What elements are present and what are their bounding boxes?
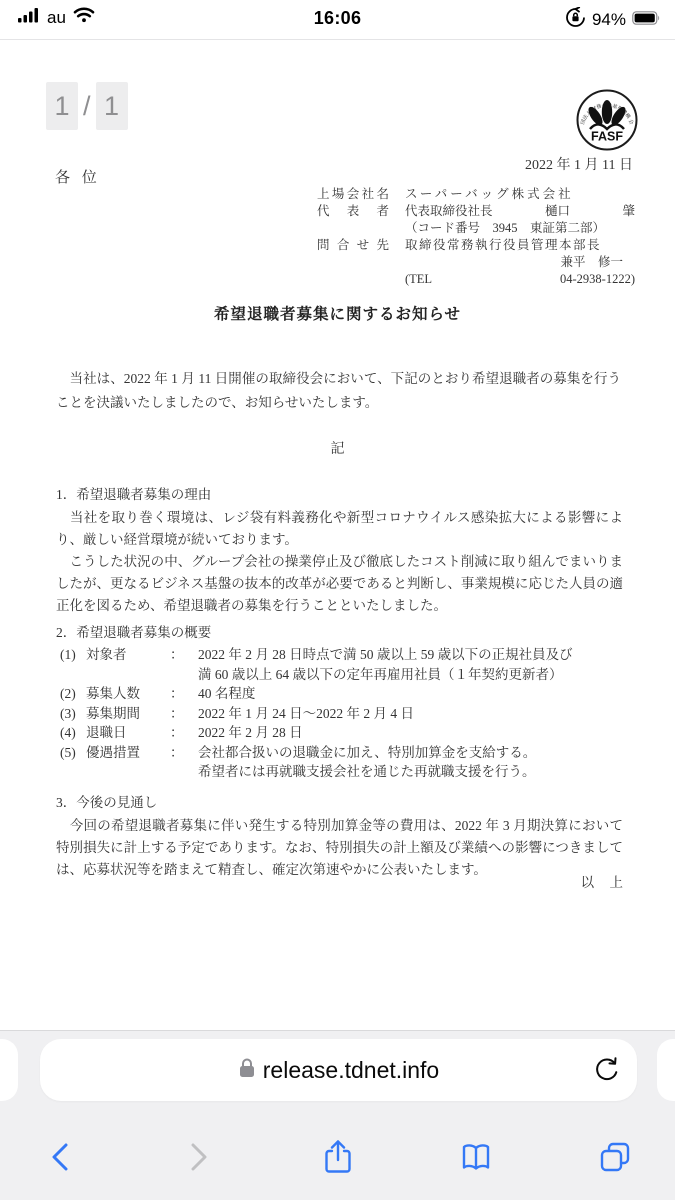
item-label: 募集期間	[86, 704, 170, 724]
listed-company-label: 上場会社名	[317, 186, 389, 203]
browser-chrome: release.tdnet.info	[0, 1030, 675, 1200]
contact-name: 兼平 修一	[405, 254, 635, 271]
item-value: 会社都合扱いの退職金に加え、特別加算金を支給する。	[198, 743, 623, 763]
contact-row: 問合せ先 取締役常務執行役員管理本部長	[317, 237, 635, 254]
item-value: 2022 年 2 月 28 日時点で満 50 歳以上 59 歳以下の正規社員及び	[198, 645, 623, 665]
item-number: (2)	[56, 684, 86, 704]
item-label: 対象者	[86, 645, 170, 684]
section1-paragraph: こうした状況の中、グループ会社の操業停止及び徹底したコスト削減に取り組んでまいり…	[56, 551, 623, 617]
rotation-lock-icon	[565, 7, 586, 33]
item-colon: ：	[170, 723, 198, 743]
page-total: 1	[96, 82, 128, 130]
tabs-icon[interactable]	[595, 1137, 635, 1177]
url-text: release.tdnet.info	[263, 1057, 439, 1084]
battery-icon	[632, 11, 661, 30]
item-colon: ：	[170, 743, 198, 782]
contact-label: 問合せ先	[317, 237, 389, 254]
item-number: (1)	[56, 645, 86, 684]
previous-tab-edge[interactable]	[0, 1039, 18, 1101]
section1-paragraph: 当社を取り巻く環境は、レジ袋有料義務化や新型コロナウイルス感染拡大による影響によ…	[56, 507, 623, 551]
page-current: 1	[46, 82, 78, 130]
fasf-stamp-logo: 財団法人 財務会計基準機構 会員 FASF	[575, 88, 639, 152]
overview-item: (4) 退職日 ： 2022 年 2 月 28 日	[56, 723, 623, 743]
overview-item: (5) 優遇措置 ： 会社都合扱いの退職金に加え、特別加算金を支給する。 希望者…	[56, 743, 623, 782]
item-value: 希望者には再就職支援会社を通じた再就職支援を行う。	[198, 762, 623, 782]
company-info-block: 上場会社名 スーパーバッグ株式会社 代表者 代表取締役社長 樋口 肇 （コード番…	[317, 186, 635, 288]
browser-toolbar	[0, 1113, 675, 1200]
intro-paragraph: 当社は、2022 年 1 月 11 日開催の取締役会において、下記のとおり希望退…	[56, 367, 621, 415]
document-title: 希望退職者募集に関するお知らせ	[0, 302, 675, 324]
section-reason: 1．希望退職者募集の理由 当社を取り巻く環境は、レジ袋有料義務化や新型コロナウイ…	[56, 484, 623, 617]
item-colon: ：	[170, 684, 198, 704]
battery-percent-label: 94%	[592, 10, 626, 30]
item-label: 募集人数	[86, 684, 170, 704]
contact-name-row: 兼平 修一	[317, 254, 635, 271]
addressee: 各 位	[55, 166, 101, 187]
item-value: 満 60 歳以上 64 歳以下の定年再雇用社員（１年契約更新者）	[198, 665, 623, 685]
reload-button[interactable]	[593, 1056, 621, 1084]
item-colon: ：	[170, 704, 198, 724]
representative-title: 代表取締役社長	[405, 203, 493, 220]
stamp-acronym: FASF	[591, 130, 623, 144]
item-label: 退職日	[86, 723, 170, 743]
record-mark: 記	[0, 438, 675, 458]
item-value: 40 名程度	[198, 684, 623, 704]
bookmarks-icon[interactable]	[456, 1137, 496, 1177]
item-number: (4)	[56, 723, 86, 743]
page-indicator: 1 / 1	[46, 82, 128, 130]
item-label: 優遇措置	[86, 743, 170, 782]
overview-item: (1) 対象者 ： 2022 年 2 月 28 日時点で満 50 歳以上 59 …	[56, 645, 623, 684]
release-date: 2022 年 1 月 11 日	[525, 154, 633, 174]
representative-row: 代表者 代表取締役社長 樋口 肇	[317, 203, 635, 220]
stock-code: （コード番号 3945 東証第二部）	[405, 220, 635, 237]
lock-icon	[238, 1057, 256, 1084]
tel-row: (TEL 04-2938-1222)	[317, 271, 635, 288]
address-bar[interactable]: release.tdnet.info	[40, 1039, 637, 1101]
status-bar: au 16:06 94%	[0, 0, 675, 40]
back-button[interactable]	[40, 1137, 80, 1177]
closing-mark: 以 上	[581, 871, 629, 891]
company-name-row: 上場会社名 スーパーバッグ株式会社	[317, 186, 635, 203]
pdf-viewer[interactable]: 1 / 1 財団法人 財務会計基準機構 会員 FASF 2022 年 1 月 1…	[0, 40, 675, 1030]
next-tab-edge[interactable]	[657, 1039, 675, 1101]
representative-sei: 樋口	[545, 203, 570, 220]
share-icon[interactable]	[318, 1137, 358, 1177]
item-value: 2022 年 2 月 28 日	[198, 723, 623, 743]
item-number: (3)	[56, 704, 86, 724]
page-separator: /	[78, 91, 96, 122]
item-value: 2022 年 1 月 24 日～2022 年 2 月 4 日	[198, 704, 623, 724]
section-overview: 2．希望退職者募集の概要 (1) 対象者 ： 2022 年 2 月 28 日時点…	[56, 622, 623, 782]
listed-company-name: スーパーバッグ株式会社	[405, 186, 635, 203]
item-colon: ：	[170, 645, 198, 684]
overview-item: (3) 募集期間 ： 2022 年 1 月 24 日～2022 年 2 月 4 …	[56, 704, 623, 724]
overview-item: (2) 募集人数 ： 40 名程度	[56, 684, 623, 704]
tel-number: 04-2938-1222)	[560, 271, 635, 288]
section1-heading: 1．希望退職者募集の理由	[56, 484, 623, 506]
contact-title: 取締役常務執行役員管理本部長	[405, 237, 635, 254]
section2-heading: 2．希望退職者募集の概要	[56, 622, 623, 644]
item-number: (5)	[56, 743, 86, 782]
stock-code-row: （コード番号 3945 東証第二部）	[317, 220, 635, 237]
representative-mei: 肇	[622, 203, 635, 220]
section-outlook: 3．今後の見通し 今回の希望退職者募集に伴い発生する特別加算金等の費用は、202…	[56, 792, 623, 881]
forward-button[interactable]	[179, 1137, 219, 1177]
section3-heading: 3．今後の見通し	[56, 792, 623, 814]
tel-label: (TEL	[405, 271, 432, 288]
representative-label: 代表者	[317, 203, 389, 220]
section3-paragraph: 今回の希望退職者募集に伴い発生する特別加算金等の費用は、2022 年 3 月期決…	[56, 815, 623, 881]
